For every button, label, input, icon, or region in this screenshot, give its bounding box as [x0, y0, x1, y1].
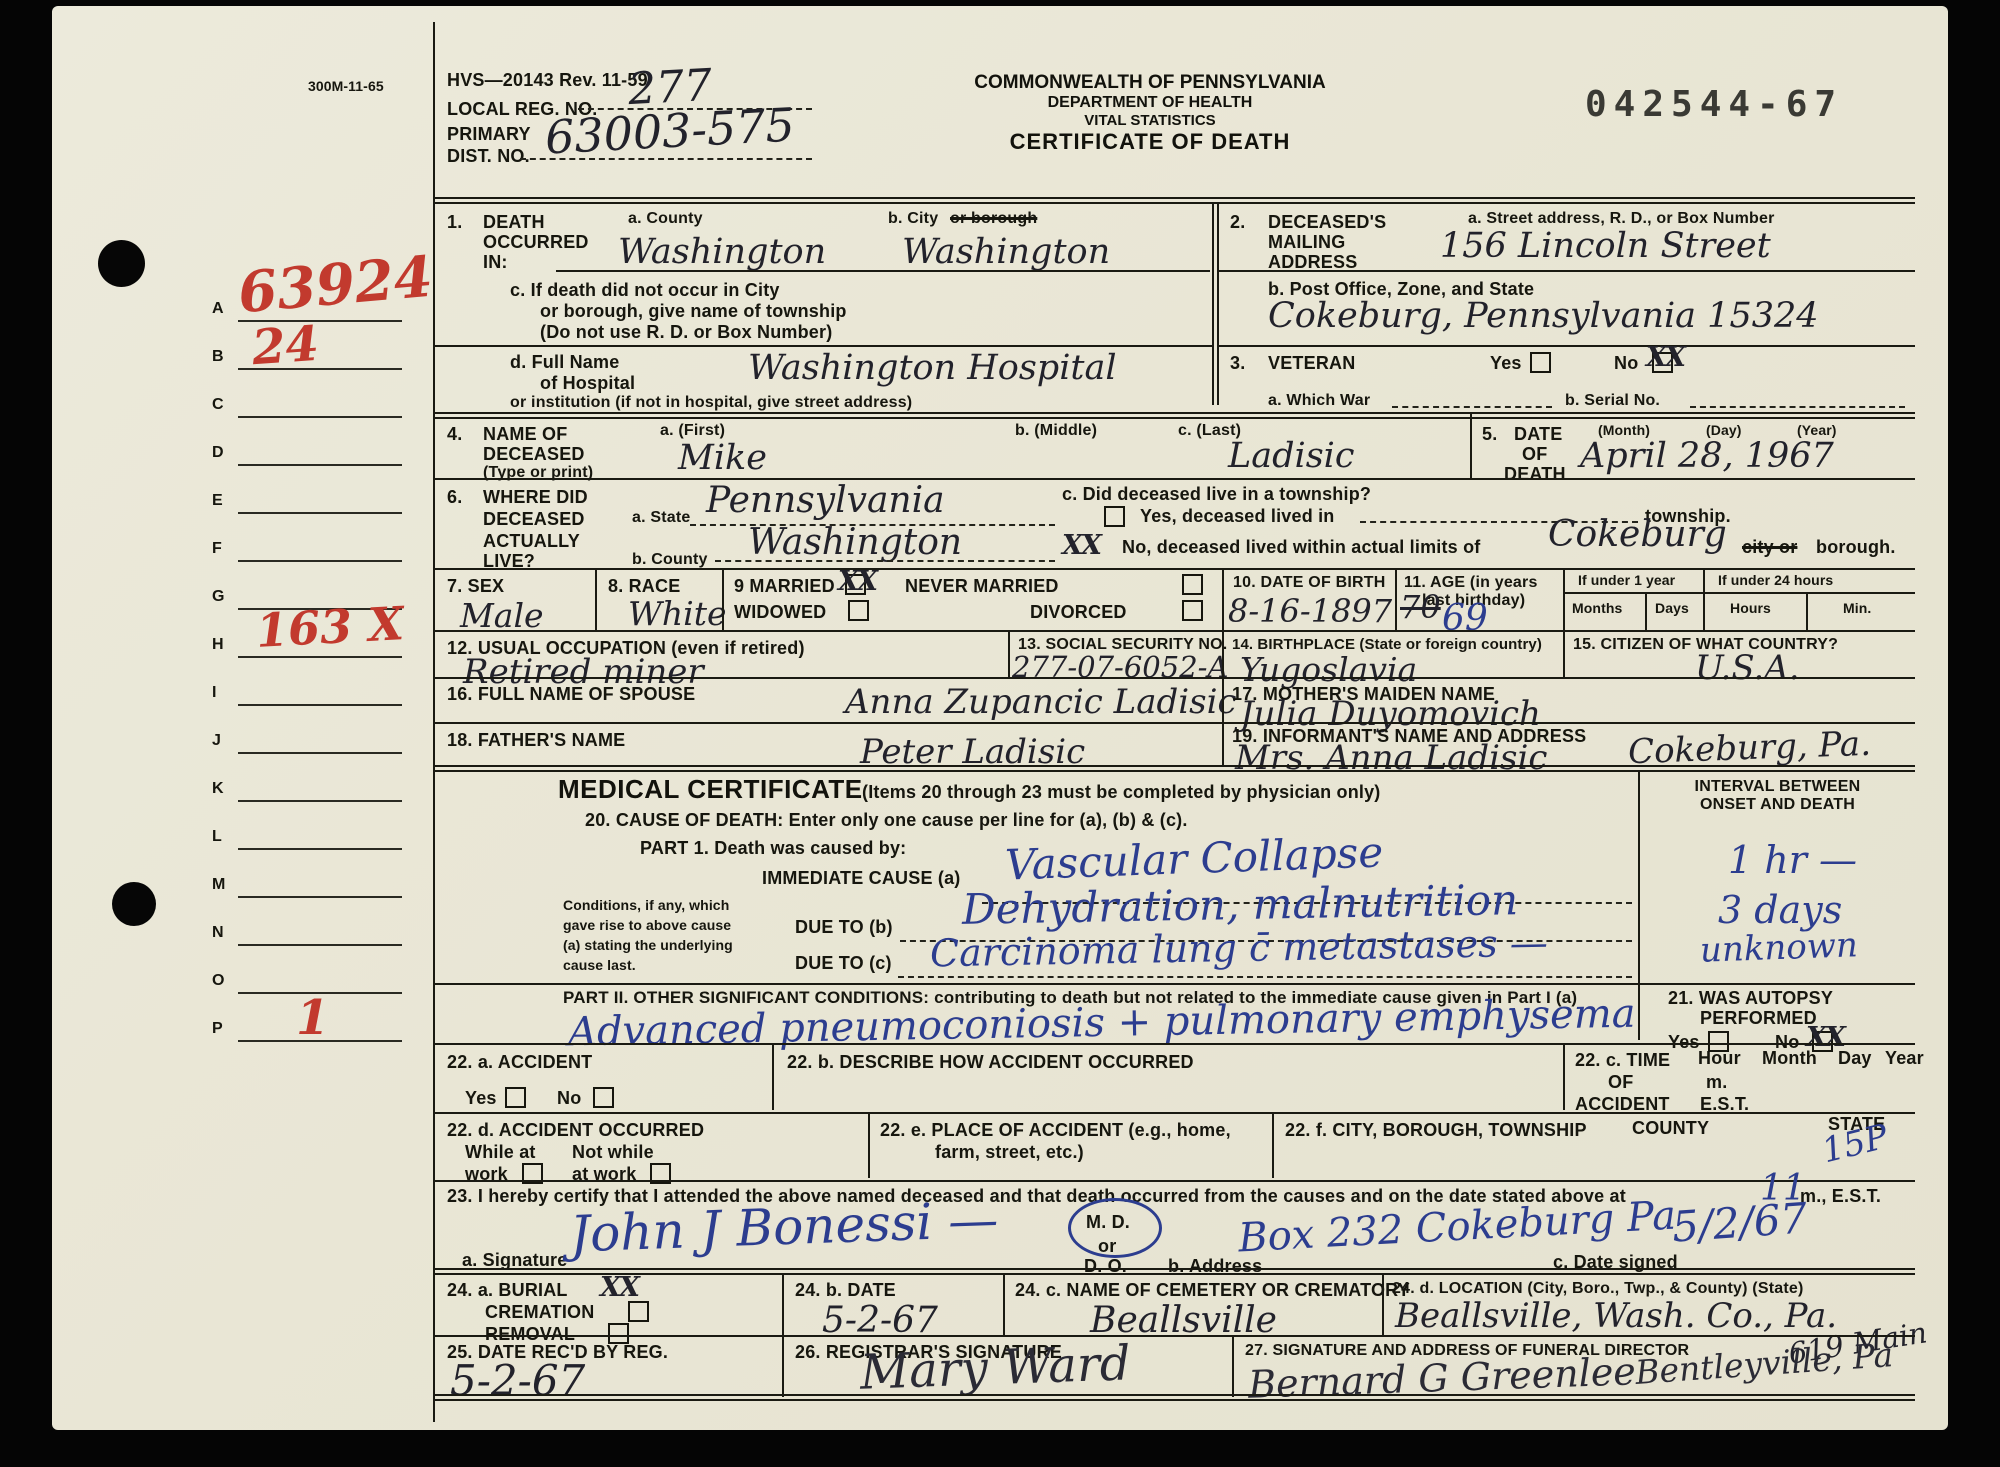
s5-label: OF: [1522, 444, 1547, 465]
due-to-b-label: DUE TO (b): [795, 917, 893, 938]
s22a-yes-label: Yes: [465, 1088, 497, 1109]
s1-struck-or-borough: or borough: [950, 210, 1037, 228]
divider: [1222, 630, 1224, 677]
margin-letter: I: [212, 684, 216, 702]
divider: [782, 1335, 784, 1397]
s6-struck-city-or: city or: [1742, 537, 1797, 558]
medical-subtitle: (Items 20 through 23 must be completed b…: [862, 782, 1381, 803]
s19-informant-name: Mrs. Anna Ladisic: [1235, 738, 1547, 778]
s1-label: IN:: [483, 252, 508, 273]
punch-hole-top: [98, 240, 145, 287]
cremation-checkbox: [628, 1301, 649, 1322]
divider: [1222, 568, 1224, 630]
s6-no-xmark: XX: [1062, 530, 1100, 561]
s6-state-value: Pennsylvania: [706, 480, 945, 521]
divider: [1217, 345, 1915, 347]
divorced-checkbox: [1182, 600, 1203, 621]
s6-no-text: No, deceased lived within actual limits …: [1122, 537, 1481, 558]
divider: [1806, 592, 1808, 630]
due-to-c-label: DUE TO (c): [795, 953, 892, 974]
s6-township-question: c. Did deceased live in a township?: [1062, 484, 1371, 505]
margin-letter: G: [212, 588, 224, 606]
s24c-label: 24. c. NAME OF CEMETERY OR CREMATORY: [1015, 1280, 1410, 1301]
s11-days-label: Days: [1655, 600, 1689, 616]
margin-letter: E: [212, 492, 223, 510]
divider: [238, 704, 402, 706]
s22c-hour-label: Hour: [1698, 1048, 1741, 1069]
vital-statistics-title: VITAL STATISTICS: [820, 112, 1480, 129]
s3-serial-label: b. Serial No.: [1565, 392, 1660, 410]
s1-county-value: Washington: [618, 232, 826, 272]
margin-letter: K: [212, 780, 224, 798]
divider: [520, 158, 812, 160]
s6-township-yes-text: Yes, deceased lived in: [1140, 506, 1335, 527]
never-married-checkbox: [1182, 574, 1203, 595]
s4-num: 4.: [447, 424, 462, 445]
punch-hole-bottom: [112, 882, 156, 926]
interval-b-value: 3 days: [1718, 888, 1842, 932]
divider: [238, 800, 402, 802]
s2-label: MAILING: [1268, 232, 1345, 253]
divider: [238, 464, 402, 466]
divider: [1470, 412, 1472, 478]
margin-letter: C: [212, 396, 224, 414]
s22a-label: 22. a. ACCIDENT: [447, 1052, 592, 1073]
divider: [238, 560, 402, 562]
s24b-label: 24. b. DATE: [795, 1280, 896, 1301]
s11-months-label: Months: [1572, 600, 1622, 616]
divider: [433, 630, 1915, 632]
divider: [782, 1275, 784, 1335]
s4-label: NAME OF: [483, 424, 567, 445]
s1-city-value: Washington: [902, 232, 1110, 272]
s3-num: 3.: [1230, 353, 1245, 374]
divider: [1222, 722, 1224, 765]
s22c-label2: OF: [1608, 1072, 1633, 1093]
divider: [1690, 406, 1905, 408]
margin-letter: J: [212, 732, 221, 750]
divider: [772, 1043, 774, 1110]
s4-middle-label: b. (Middle): [1015, 422, 1097, 440]
s7-label: 7. SEX: [447, 576, 504, 597]
conditions-line3: (a) stating the underlying: [563, 937, 733, 953]
s9-divorced-label: DIVORCED: [1030, 602, 1127, 623]
margin-letter: F: [212, 540, 222, 558]
s22c-year-label: Year: [1885, 1048, 1924, 1069]
s1-c-line2: or borough, give name of township: [540, 301, 847, 322]
divider: [556, 270, 1210, 272]
s1-d-line2: of Hospital: [540, 373, 635, 394]
divider: [595, 568, 597, 630]
s1-city-label: b. City: [888, 210, 938, 228]
scanned-death-certificate: 300M-11-65 A B C D E F G H I J K L M N O…: [0, 0, 2000, 1467]
s6-state-label: a. State: [632, 509, 691, 527]
s22e-label2: farm, street, etc.): [935, 1142, 1084, 1163]
s22f-label: 22. f. CITY, BOROUGH, TOWNSHIP: [1285, 1120, 1587, 1141]
margin-print-code: 300M-11-65: [308, 78, 384, 94]
s23-m-est-label: m., E.S.T.: [1800, 1186, 1881, 1207]
s6-label: DECEASED: [483, 509, 585, 530]
medical-certificate-title: MEDICAL CERTIFICATE: [558, 774, 863, 805]
s11-hours-label: Hours: [1730, 600, 1771, 616]
s5-label: DATE: [1514, 424, 1562, 445]
divider: [1232, 1335, 1234, 1397]
divider: [1272, 1112, 1274, 1178]
s21-label1: 21. WAS AUTOPSY: [1668, 988, 1833, 1009]
s6-township-yes-checkbox: [1104, 506, 1125, 527]
divider: [1212, 204, 1214, 405]
commonwealth-title: COMMONWEALTH OF PENNSYLVANIA: [820, 72, 1480, 94]
s24d-location-value: Beallsville, Wash. Co., Pa.: [1395, 1296, 1837, 1336]
conditions-line2: gave rise to above cause: [563, 917, 731, 933]
s22c-label1: 22. c. TIME: [1575, 1050, 1670, 1071]
conditions-line1: Conditions, if any, which: [563, 897, 729, 913]
s1-num: 1.: [447, 212, 462, 233]
margin-letter: M: [212, 876, 225, 894]
interval-line1: INTERVAL BETWEEN: [1640, 778, 1915, 796]
s22d-not-while: Not while: [572, 1142, 654, 1163]
s9-married-label: 9 MARRIED: [734, 576, 835, 597]
margin-letter: H: [212, 636, 224, 654]
certificate-title: CERTIFICATE OF DEATH: [820, 129, 1480, 155]
s1-label: DEATH: [483, 212, 545, 233]
divider: [433, 345, 1212, 347]
s2-num: 2.: [1230, 212, 1245, 233]
s16-spouse-value: Anna Zupancic Ladisic: [845, 682, 1237, 722]
divider: [1645, 592, 1647, 630]
divider: [722, 568, 724, 630]
divider: [238, 848, 402, 850]
divider: [433, 568, 1915, 570]
margin-letter: P: [212, 1020, 223, 1038]
s22c-m-label: m.: [1706, 1072, 1727, 1093]
s11-under1-label: If under 1 year: [1578, 572, 1675, 588]
s3-yes-label: Yes: [1490, 353, 1522, 374]
s5-date-of-death-value: April 28, 1967: [1580, 436, 1834, 476]
s6-county-value: Washington: [748, 522, 962, 563]
s18-label: 18. FATHER'S NAME: [447, 730, 625, 751]
file-number-stamp: 042544-67: [1585, 84, 1843, 125]
s22d-label: 22. d. ACCIDENT OCCURRED: [447, 1120, 704, 1141]
s5-label: DEATH: [1504, 464, 1566, 485]
removal-checkbox: [608, 1323, 629, 1344]
s5-num: 5.: [1482, 424, 1497, 445]
accident-yes-checkbox: [505, 1087, 526, 1108]
s22d-while-at: While at: [465, 1142, 536, 1163]
s1-d-line3: or institution (if not in hospital, give…: [510, 394, 912, 412]
s21-label2: PERFORMED: [1700, 1008, 1817, 1029]
s6-label: ACTUALLY: [483, 531, 580, 552]
margin-letter: D: [212, 444, 224, 462]
s24-burial-label: 24. a. BURIAL: [447, 1280, 568, 1301]
immediate-cause-label: IMMEDIATE CAUSE (a): [762, 868, 960, 889]
s6-num: 6.: [447, 487, 462, 508]
divider: [715, 560, 1055, 562]
s6-county-label: b. County: [632, 551, 708, 569]
part1-label: PART 1. Death was caused by:: [640, 838, 906, 859]
divider: [1563, 1043, 1565, 1110]
interval-line2: ONSET AND DEATH: [1640, 796, 1915, 814]
s2-label: DECEASED'S: [1268, 212, 1386, 233]
divider: [433, 478, 1915, 480]
s6-borough-label: borough.: [1816, 537, 1896, 558]
s3-which-war-label: a. Which War: [1268, 392, 1370, 410]
s4-label: DECEASED: [483, 444, 585, 465]
divider: [238, 944, 402, 946]
divider: [433, 677, 1915, 679]
s11-age-struck: 70: [1400, 588, 1441, 626]
divider: [433, 1043, 1915, 1045]
divider: [868, 1112, 870, 1178]
margin-letter: L: [212, 828, 222, 846]
s2-po-value: Cokeburg, Pennsylvania 15324: [1268, 296, 1819, 336]
s1-d-line1: d. Full Name: [510, 352, 619, 373]
s1-hospital-value: Washington Hospital: [748, 348, 1117, 388]
s1-c-line3: (Do not use R. D. or Box Number): [540, 322, 832, 343]
s10-label: 10. DATE OF BIRTH: [1233, 574, 1385, 592]
s22c-day-label: Day: [1838, 1048, 1872, 1069]
divider: [1217, 204, 1219, 405]
divider: [898, 976, 1632, 978]
s4-first-value: Mike: [678, 438, 767, 478]
margin-letter: A: [212, 300, 224, 318]
interval-header: INTERVAL BETWEEN ONSET AND DEATH: [1640, 778, 1915, 814]
interval-a-value: 1 hr —: [1728, 838, 1857, 882]
divider: [1382, 1275, 1384, 1335]
divider: [1003, 1275, 1005, 1335]
margin-letter: O: [212, 972, 224, 990]
s1-c-line1: c. If death did not occur in City: [510, 280, 780, 301]
margin-red-number-p: 1: [296, 990, 329, 1046]
department-title: DEPARTMENT OF HEALTH: [820, 94, 1480, 112]
divider: [1222, 677, 1224, 722]
primary-label: PRIMARY: [447, 124, 531, 145]
s22a-no-label: No: [557, 1088, 581, 1109]
s6-label: WHERE DID: [483, 487, 588, 508]
s9-never-married-label: NEVER MARRIED: [905, 576, 1059, 597]
s24-cremation-label: CREMATION: [485, 1302, 594, 1323]
s16-label: 16. FULL NAME OF SPOUSE: [447, 684, 695, 705]
margin-red-number-b: 24: [250, 316, 321, 377]
s15-citizen-value: U.S.A.: [1695, 648, 1800, 688]
form-code: HVS—20143 Rev. 11-59: [447, 70, 648, 91]
veteran-yes-checkbox: [1530, 352, 1551, 373]
divider: [433, 1268, 1915, 1275]
accident-no-checkbox: [593, 1087, 614, 1108]
s9-widowed-label: WIDOWED: [734, 602, 826, 623]
divider: [433, 765, 1915, 772]
divider: [433, 1335, 1915, 1337]
divider: [238, 512, 402, 514]
s3-veteran-label: VETERAN: [1268, 353, 1355, 374]
divider: [433, 1394, 1915, 1401]
divider: [238, 752, 402, 754]
s2-street-value: 156 Lincoln Street: [1440, 226, 1771, 266]
s11-under24-label: If under 24 hours: [1718, 572, 1833, 588]
divider: [433, 722, 1915, 724]
margin-letter: B: [212, 348, 224, 366]
s11-min-label: Min.: [1843, 600, 1871, 616]
interval-c-value: unknown: [1699, 925, 1858, 970]
s11-age-corrected: 69: [1442, 598, 1488, 639]
widowed-checkbox: [848, 600, 869, 621]
divider: [1008, 630, 1010, 677]
married-xmark: XX: [838, 566, 876, 597]
divider: [433, 197, 1915, 204]
divider: [1563, 630, 1565, 677]
s22e-label1: 22. e. PLACE OF ACCIDENT (e.g., home,: [880, 1120, 1231, 1141]
veteran-no-xmark: XX: [1646, 342, 1684, 373]
s8-race-value: White: [628, 594, 727, 633]
s1-county-label: a. County: [628, 210, 703, 228]
divider: [433, 1112, 1915, 1114]
margin-red-number-h: 163 X: [255, 596, 405, 658]
conditions-line4: cause last.: [563, 957, 636, 973]
s3-no-label: No: [1614, 353, 1638, 374]
s22f-county-label: COUNTY: [1632, 1118, 1709, 1139]
s23-md-label: M. D.: [1086, 1212, 1130, 1233]
divider: [433, 1180, 1915, 1182]
margin-letter: N: [212, 924, 224, 942]
primary-dist-label: DIST. NO.: [447, 146, 530, 167]
s22b-label: 22. b. DESCRIBE HOW ACCIDENT OCCURRED: [787, 1052, 1194, 1073]
divider: [433, 983, 1915, 985]
divider: [1392, 406, 1552, 408]
s22c-month-label: Month: [1762, 1048, 1817, 1069]
divider: [238, 416, 402, 418]
divider: [433, 412, 1915, 419]
divider: [1563, 568, 1565, 630]
s20-label: 20. CAUSE OF DEATH: Enter only one cause…: [585, 810, 1188, 831]
divider: [1563, 592, 1915, 594]
divider: [1395, 568, 1397, 630]
s10-dob-value: 8-16-1897: [1228, 592, 1392, 630]
divider: [238, 896, 402, 898]
s4-last-value: Ladisic: [1228, 436, 1354, 476]
s26-registrar-signature: Mary Ward: [859, 1335, 1131, 1400]
divider: [1217, 270, 1915, 272]
divider: [1703, 568, 1705, 630]
s1-label: OCCURRED: [483, 232, 589, 253]
s23-or-label: or: [1098, 1236, 1116, 1257]
s6-place-value: Cokeburg: [1548, 514, 1727, 555]
burial-xmark: XX: [600, 1272, 638, 1303]
s23-date-signed-value: 5/2/67: [1670, 1193, 1808, 1251]
agency-header: COMMONWEALTH OF PENNSYLVANIA DEPARTMENT …: [820, 72, 1480, 155]
